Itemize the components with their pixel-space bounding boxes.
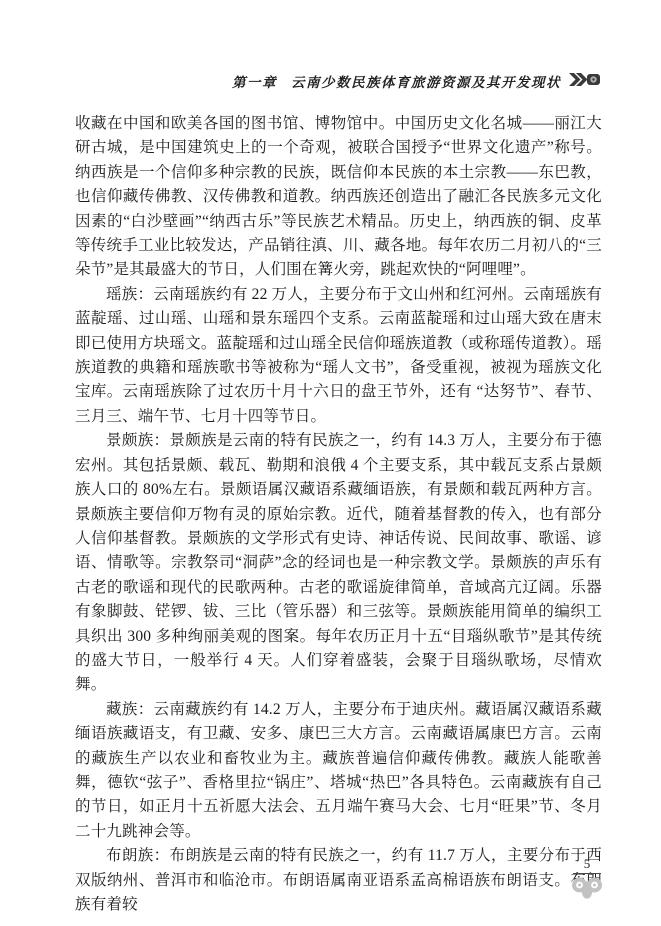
page-footer: 5 [565, 856, 609, 908]
paragraph-jingpo: 景颇族：景颇族是云南的特有民族之一，约有 14.3 万人，主要分布于德宏州。其包… [75, 429, 602, 697]
chapter-number: 第一章 [232, 71, 277, 91]
chapter-ornament-icon [569, 72, 601, 91]
paragraph-naxi-continued: 收藏在中国和欧美各国的图书馆、博物馆中。中国历史文化名城——丽江大研古城，是中国… [75, 112, 602, 283]
paragraph-bulang: 布朗族：布朗族是云南的特有民族之一，约有 11.7 万人，主要分布于西双版纳州、… [75, 844, 602, 917]
paragraph-zang: 藏族：云南藏族约有 14.2 万人，主要分布于迪庆州。藏语属汉藏语系藏缅语族藏语… [75, 698, 602, 844]
paragraph-yao: 瑶族：云南瑶族约有 22 万人，主要分布于文山州和红河州。云南瑶族有蓝靛瑶、过山… [75, 283, 602, 429]
page-number: 5 [584, 856, 591, 872]
running-head: 第一章 云南少数民族体育旅游资源及其开发现状 [75, 70, 601, 92]
page-body: 收藏在中国和欧美各国的图书馆、博物馆中。中国历史文化名城——丽江大研古城，是中国… [75, 112, 602, 917]
book-page: 第一章 云南少数民族体育旅游资源及其开发现状 收藏在中国和欧美各国的图书馆、博物… [0, 0, 661, 926]
chapter-title: 云南少数民族体育旅游资源及其开发现状 [291, 71, 561, 91]
folio-rule [573, 873, 601, 874]
cloud-ornament-icon [570, 877, 604, 908]
